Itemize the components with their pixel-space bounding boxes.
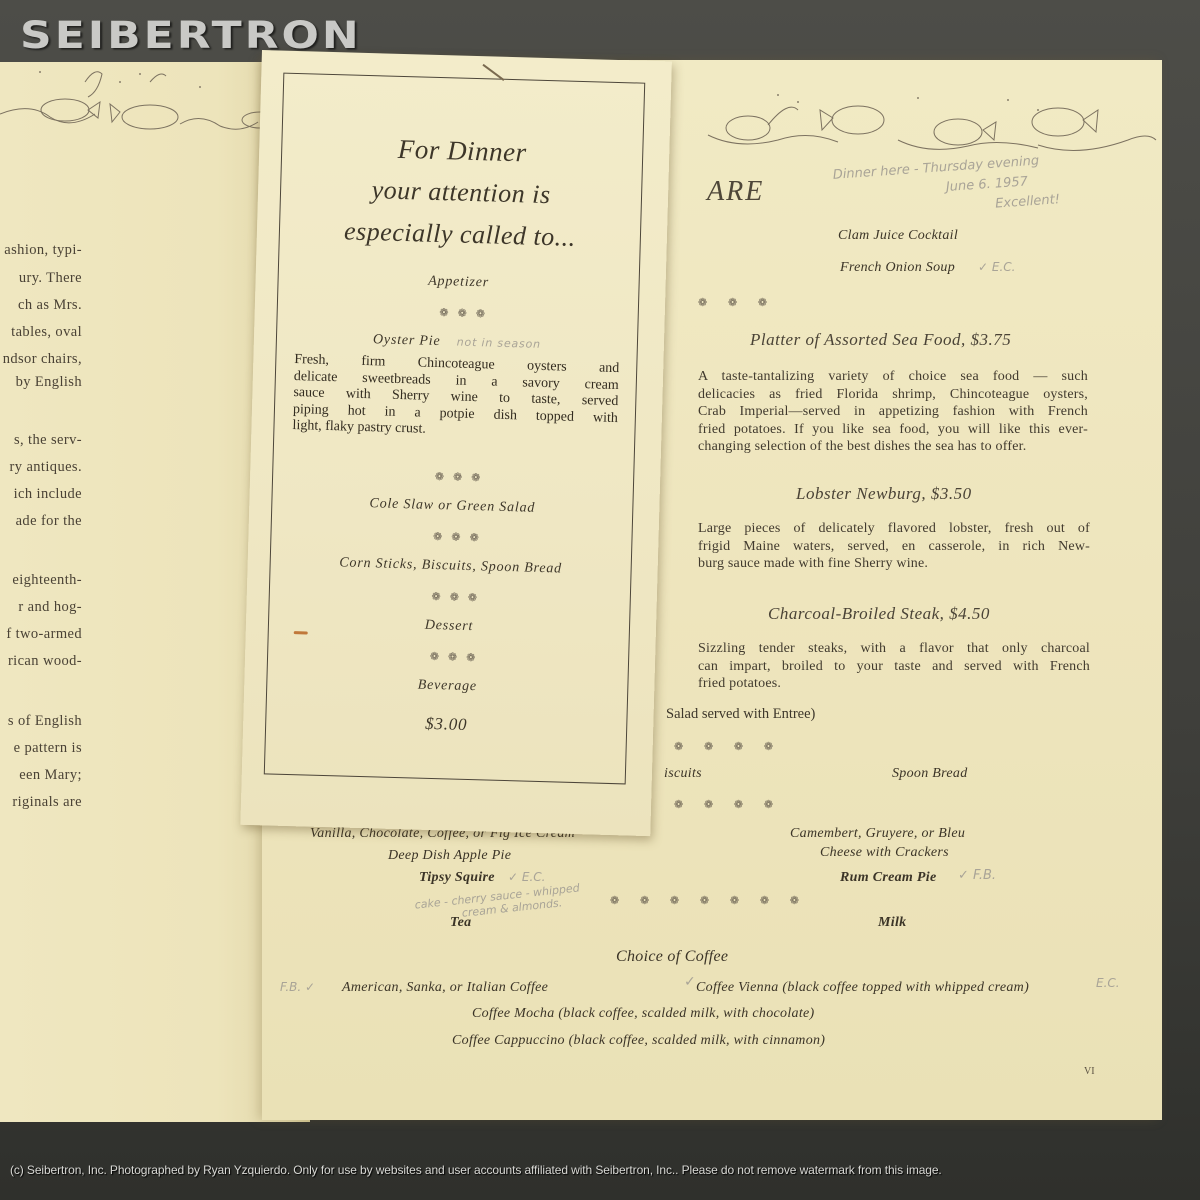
appetizer-item: French Onion Soup — [840, 260, 955, 276]
left-text-line: tables, oval — [0, 324, 82, 341]
left-text-line: riginals are — [0, 794, 82, 811]
handwritten-note: ✓ E.C. — [508, 870, 545, 884]
left-text-line: ashion, typi- — [0, 242, 82, 259]
left-text-line: ich include — [0, 486, 82, 503]
left-text-line: ury. There — [0, 270, 82, 287]
card-section-label: Corn Sticks, Biscuits, Spoon Bread — [270, 553, 630, 579]
dessert-item: Deep Dish Apple Pie — [388, 848, 511, 864]
card-section-label: Appetizer — [278, 270, 638, 296]
separator-ornament-icon: ❁❁❁ — [270, 585, 639, 608]
separator-ornament-icon: ❁ ❁ ❁ ❁ — [674, 740, 782, 753]
coffee-option: Coffee Vienna (black coffee topped with … — [696, 980, 1029, 996]
coffee-option: Coffee Cappuccino (black coffee, scalded… — [452, 1033, 825, 1049]
card-headline: especially called to... — [279, 210, 640, 260]
separator-ornament-icon: ❁❁❁ — [268, 645, 637, 668]
left-text-line: s of English — [0, 713, 82, 730]
handwritten-note: E.C. — [1096, 976, 1120, 990]
separator-ornament-icon: ❁❁❁ — [273, 465, 642, 488]
separator-ornament-icon: ❁ ❁ ❁ — [698, 296, 776, 309]
card-section-label: Dessert — [269, 613, 629, 639]
card-price: $3.00 — [266, 709, 626, 739]
entree-title: Platter of Assorted Sea Food, $3.75 — [750, 330, 1011, 350]
handwritten-note: not in season — [457, 336, 541, 351]
left-text-line: s, the serv- — [0, 432, 82, 449]
fish-border-illustration-icon — [0, 62, 300, 132]
entree-description: Sizzling tender steaks, with a flavor th… — [698, 640, 1090, 693]
menu-heading: ARE — [707, 176, 764, 208]
bread-item: Spoon Bread — [892, 766, 968, 782]
copyright-watermark: (c) Seibertron, Inc. Photographed by Rya… — [10, 1163, 942, 1177]
left-text-line: eighteenth- — [0, 572, 82, 589]
dessert-item: Rum Cream Pie — [840, 870, 936, 886]
entree-title: Lobster Newburg, $3.50 — [796, 484, 972, 504]
left-text-line: ade for the — [0, 513, 82, 530]
left-text-line: een Mary; — [0, 767, 82, 784]
entree-description: Large pieces of delicately flavored lobs… — [698, 520, 1090, 573]
left-text-line: by English — [0, 374, 82, 391]
separator-ornament-icon: ❁ ❁ ❁ ❁ ❁ ❁ ❁ — [610, 894, 808, 907]
handwritten-note: ✓ E.C. — [978, 260, 1015, 274]
handwritten-note: Dinner here - Thursday evening June 6. 1… — [832, 150, 1060, 226]
separator-ornament-icon: ❁❁❁ — [278, 302, 647, 325]
separator-ornament-icon: ❁ ❁ ❁ ❁ — [674, 798, 782, 811]
left-text-line: ch as Mrs. — [0, 297, 82, 314]
bread-item: iscuits — [664, 766, 702, 782]
entree-title: Charcoal-Broiled Steak, $4.50 — [768, 604, 990, 624]
card-entree-description: Fresh, firm Chincoteague oysters and del… — [292, 352, 619, 444]
left-text-line: f two-armed — [0, 626, 82, 643]
dessert-item: Tipsy Squire — [419, 870, 495, 886]
appetizer-item: Clam Juice Cocktail — [838, 228, 958, 244]
handwritten-note: ✓ F.B. — [958, 868, 996, 883]
salad-note: Salad served with Entree) — [666, 706, 815, 723]
coffee-option: Coffee Mocha (black coffee, scalded milk… — [472, 1006, 815, 1022]
card-entree-name: Oyster Pie not in season — [277, 330, 637, 356]
left-text-line: ry antiques. — [0, 459, 82, 476]
card-border: For Dinner your attention is especially … — [264, 73, 645, 785]
left-text-line: rican wood- — [0, 653, 82, 670]
drink-item: Tea — [450, 915, 471, 931]
entree-description: A taste-tantalizing variety of choice se… — [698, 368, 1088, 456]
handwritten-note: cake - cherry sauce - whipped cream & al… — [414, 881, 581, 924]
card-section-label: Beverage — [267, 673, 627, 699]
seibertron-logo: SEIBERTRON — [20, 14, 362, 57]
coffee-option: American, Sanka, or Italian Coffee — [342, 980, 548, 996]
handwritten-note: F.B. ✓ — [280, 980, 315, 994]
dinner-insert-card: For Dinner your attention is especially … — [240, 50, 671, 836]
dessert-item: Camembert, Gruyere, or Bleu — [790, 826, 965, 842]
card-section-label: Cole Slaw or Green Salad — [272, 493, 632, 519]
left-text-line: e pattern is — [0, 740, 82, 757]
separator-ornament-icon: ❁❁❁ — [271, 525, 640, 548]
staple-mark-icon — [482, 64, 504, 81]
drink-item: Milk — [878, 915, 906, 931]
dessert-item: Cheese with Crackers — [820, 845, 949, 861]
left-text-line: ndsor chairs, — [0, 351, 82, 368]
page-number: VI — [1084, 1066, 1095, 1077]
left-text-line: r and hog- — [0, 599, 82, 616]
check-mark-icon: ✓ — [684, 974, 696, 990]
stain-mark — [294, 631, 308, 634]
coffee-heading: Choice of Coffee — [616, 948, 728, 966]
